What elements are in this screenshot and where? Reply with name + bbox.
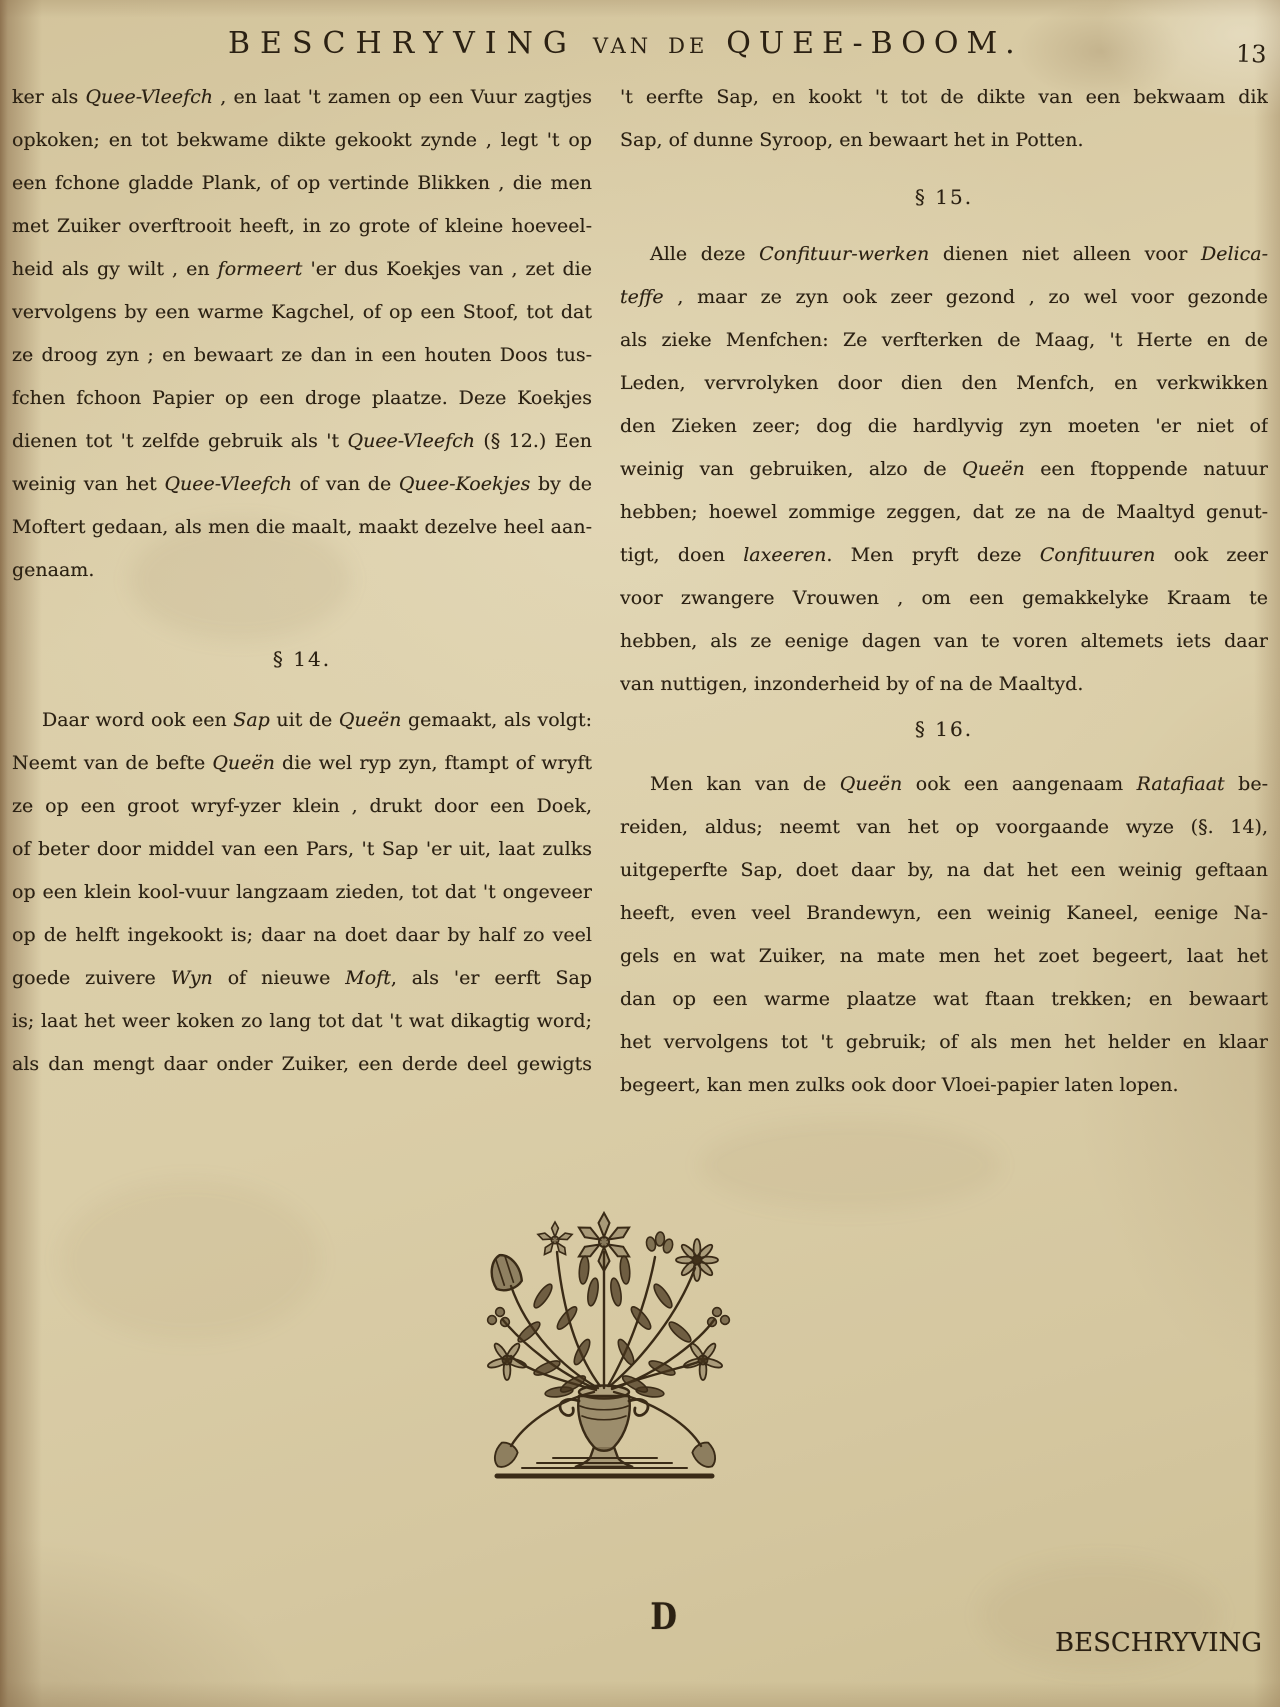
- text-line: goede zuivere Wyn of nieuwe Moft, als 'e…: [12, 957, 592, 1000]
- text-line: is; laat het weer koken zo lang tot dat …: [12, 1000, 592, 1043]
- text-line: heid als gy wilt , en formeert 'er dus K…: [12, 248, 592, 291]
- left-column: ker als Quee-Vleefch , en laat 't zamen …: [12, 76, 592, 1086]
- text-line: gels en wat Zuiker, na mate men het zoet…: [620, 935, 1268, 978]
- text-line: Moftert gedaan, als men die maalt, maakt…: [12, 506, 592, 549]
- text-line: Men kan van de Queën ook een aangenaam R…: [620, 763, 1268, 806]
- flower-vase-ornament: [467, 1200, 747, 1490]
- catchword: BESCHRYVING: [1055, 1628, 1262, 1658]
- paragraph: Men kan van de Queën ook een aangenaam R…: [620, 763, 1268, 1107]
- text-line: uitgeperfte Sap, doet daar by, na dat he…: [620, 849, 1268, 892]
- text-line: begeert, kan men zulks ook door Vloei-pa…: [620, 1064, 1268, 1107]
- text-line: hebben; hoewel zommige zeggen, dat ze na…: [620, 491, 1268, 534]
- text-line: dienen tot 't zelfde gebruik als 't Quee…: [12, 420, 592, 463]
- text-line: met Zuiker overftrooit heeft, in zo grot…: [12, 205, 592, 248]
- text-line: als zieke Menfchen: Ze verfterken de Maa…: [620, 319, 1268, 362]
- page-number: 13: [1236, 39, 1268, 68]
- right-column: 't eerfte Sap, en kookt 't tot de dikte …: [620, 76, 1268, 1107]
- text-line: genaam.: [12, 549, 592, 592]
- text-line: Sap, of dunne Syroop, en bewaart het in …: [620, 119, 1268, 162]
- text-line: op de helft ingekookt is; daar na doet d…: [12, 914, 592, 957]
- paragraph: Alle deze Confituur-werken dienen niet a…: [620, 233, 1268, 706]
- text-line: heeft, even veel Brandewyn, een weinig K…: [620, 892, 1268, 935]
- paragraph: ker als Quee-Vleefch , en laat 't zamen …: [12, 76, 592, 592]
- header-title-main: BESCHRYVING: [228, 26, 577, 61]
- text-line: dan op een warme plaatze wat ftaan trekk…: [620, 978, 1268, 1021]
- header-title-rest: QUEE-BOOM.: [726, 26, 1022, 61]
- text-line: Leden, vervrolyken door dien den Menfch,…: [620, 362, 1268, 405]
- paragraph: Daar word ook een Sap uit de Queën gemaa…: [12, 699, 592, 1086]
- text-line: Daar word ook een Sap uit de Queën gemaa…: [12, 699, 592, 742]
- text-line: het vervolgens tot 't gebruik; of als me…: [620, 1021, 1268, 1064]
- text-line: teffe , maar ze zyn ook zeer gezond , zo…: [620, 276, 1268, 319]
- text-line: vervolgens by een warme Kagchel, of op e…: [12, 291, 592, 334]
- text-line: 't eerfte Sap, en kookt 't tot de dikte …: [620, 76, 1268, 119]
- paper-stain: [60, 1180, 320, 1340]
- section-heading-16: § 16.: [620, 708, 1268, 751]
- text-line: van nuttigen, inzonderheid by of na de M…: [620, 663, 1268, 706]
- text-line: den Zieken zeer; dog die hardlyvig zyn m…: [620, 405, 1268, 448]
- text-line: Neemt van de befte Queën die wel ryp zyn…: [12, 742, 592, 785]
- text-line: hebben, als ze eenige dagen van te voren…: [620, 620, 1268, 663]
- paragraph: 't eerfte Sap, en kookt 't tot de dikte …: [620, 76, 1268, 162]
- running-header: BESCHRYVINGVANDEQUEE-BOOM.: [228, 26, 1023, 61]
- section-heading-14: § 14.: [12, 638, 592, 681]
- text-line: voor zwangere Vrouwen , om een gemakkely…: [620, 577, 1268, 620]
- header-title-van: VAN: [593, 34, 652, 58]
- text-line: fchen fchoon Papier op een droge plaatze…: [12, 377, 592, 420]
- header-title-de: DE: [668, 34, 708, 58]
- section-heading-15: § 15.: [620, 176, 1268, 219]
- text-line: opkoken; en tot bekwame dikte gekookt zy…: [12, 119, 592, 162]
- text-line: weinig van het Quee-Vleefch of van de Qu…: [12, 463, 592, 506]
- text-line: reiden, aldus; neemt van het op voorgaan…: [620, 806, 1268, 849]
- text-line: op een klein kool-vuur langzaam zieden, …: [12, 871, 592, 914]
- text-line: weinig van gebruiken, alzo de Queën een …: [620, 448, 1268, 491]
- text-line: een fchone gladde Plank, of op vertinde …: [12, 162, 592, 205]
- text-line: ker als Quee-Vleefch , en laat 't zamen …: [12, 76, 592, 119]
- text-line: of beter door middel van een Pars, 't Sa…: [12, 828, 592, 871]
- paper-stain: [700, 1120, 1000, 1210]
- scanned-book-page: { "header": { "title": { "main": "BESCHR…: [0, 0, 1280, 1707]
- text-line: tigt, doen laxeeren. Men pryft deze Conf…: [620, 534, 1268, 577]
- text-line: als dan mengt daar onder Zuiker, een der…: [12, 1043, 592, 1086]
- text-line: Alle deze Confituur-werken dienen niet a…: [620, 233, 1268, 276]
- signature-mark: D: [650, 1596, 677, 1638]
- text-line: ze op een groot wryf-yzer klein , drukt …: [12, 785, 592, 828]
- text-line: ze droog zyn ; en bewaart ze dan in een …: [12, 334, 592, 377]
